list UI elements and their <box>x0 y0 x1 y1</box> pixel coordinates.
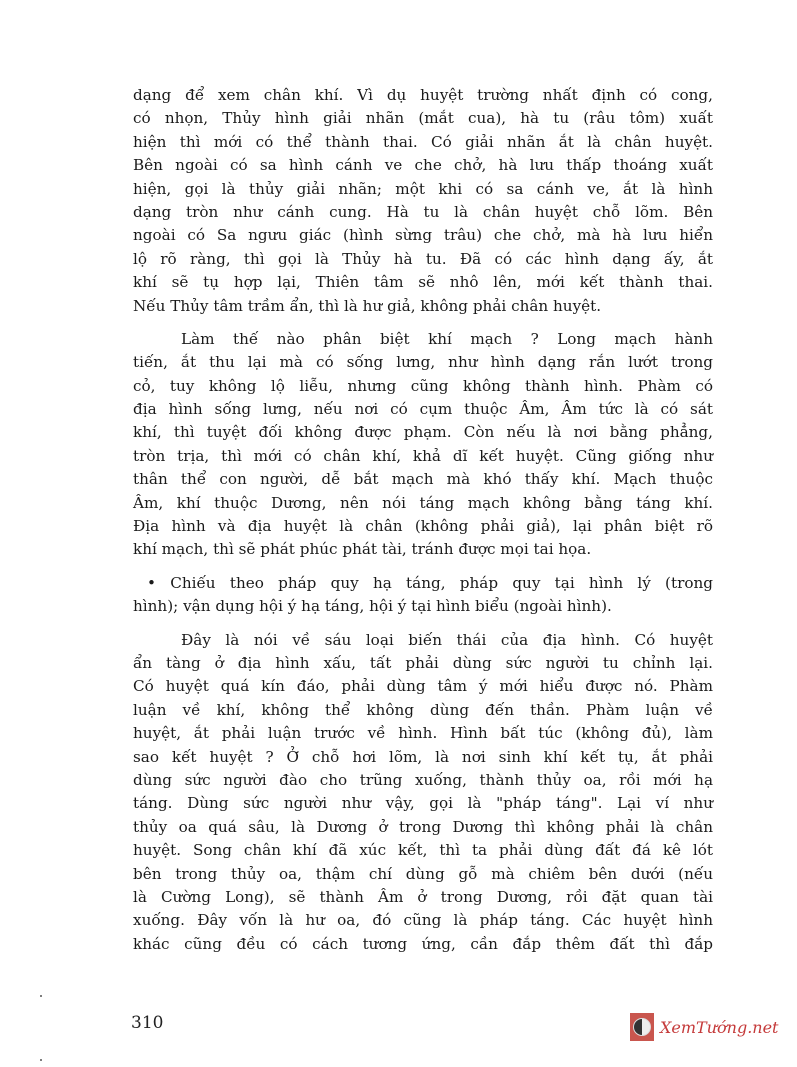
text-line: luận về khí, không thể không dùng đến th… <box>133 699 713 722</box>
text-line: dạng tròn như cánh cung. Hà tu là chân h… <box>133 201 713 224</box>
text-line: tiến, ắt thu lại mà có sống lưng, như hì… <box>133 351 713 374</box>
text-line: lộ rõ ràng, thì gọi là Thủy hà tu. Đã có… <box>133 248 713 271</box>
text-line: bên trong thủy oa, thậm chí dùng gỗ mà c… <box>133 863 713 886</box>
text-line: hiện, gọi là thủy giải nhãn; một khi có … <box>133 178 713 201</box>
paragraph-gap <box>133 318 713 328</box>
yin-yang-icon <box>630 1013 654 1041</box>
text-line: táng. Dùng sức người như vậy, gọi là "ph… <box>133 792 713 815</box>
text-line: tròn trịa, thì mới có chân khí, khả dĩ k… <box>133 445 713 468</box>
text-line: dạng để xem chân khí. Vì dụ huyệt trường… <box>133 84 713 107</box>
scan-speck <box>40 995 42 997</box>
text-line: ngoài có Sa ngưu giác (hình sừng trâu) c… <box>133 224 713 247</box>
paragraph-gap <box>133 562 713 572</box>
text-line: Bên ngoài có sa hình cánh ve che chở, hà… <box>133 154 713 177</box>
text-line: là Cường Long), sẽ thành Âm ở trong Dươn… <box>133 886 713 909</box>
text-line: Làm thế nào phân biệt khí mạch ? Long mạ… <box>133 328 713 351</box>
text-line: khác cũng đều có cách tương ứng, cần đắp… <box>133 933 713 956</box>
bullet-item: • Chiếu theo pháp quy hạ táng, pháp quy … <box>133 572 713 619</box>
text-line: khí, thì tuyệt đối không được phạm. Còn … <box>133 421 713 444</box>
page-number: 310 <box>131 1013 163 1033</box>
text-line: • Chiếu theo pháp quy hạ táng, pháp quy … <box>133 572 713 595</box>
text-line: Đây là nói về sáu loại biến thái của địa… <box>133 629 713 652</box>
text-line: cỏ, tuy không lộ liễu, nhưng cũng không … <box>133 375 713 398</box>
text-line: ẩn tàng ở địa hình xấu, tất phải dùng sứ… <box>133 652 713 675</box>
paragraph-continuation: dạng để xem chân khí. Vì dụ huyệt trường… <box>133 84 713 318</box>
text-line: Có huyệt quá kín đáo, phải dùng tâm ý mớ… <box>133 675 713 698</box>
text-line: xuống. Đây vốn là hư oa, đó cũng là pháp… <box>133 909 713 932</box>
text-line: sao kết huyệt ? Ở chỗ hơi lõm, là nơi si… <box>133 746 713 769</box>
text-line: hiện thì mới có thể thành thai. Có giải … <box>133 131 713 154</box>
text-line: Âm, khí thuộc Dương, nên nói táng mạch k… <box>133 492 713 515</box>
text-line: dùng sức người đào cho trũng xuống, thàn… <box>133 769 713 792</box>
text-line: huyệt, ắt phải luận trước về hình. Hình … <box>133 722 713 745</box>
text-line: thủy oa quá sâu, là Dương ở trong Dương … <box>133 816 713 839</box>
text-line: Địa hình và địa huyệt là chân (không phả… <box>133 515 713 538</box>
paragraph: Làm thế nào phân biệt khí mạch ? Long mạ… <box>133 328 713 562</box>
paragraph: Đây là nói về sáu loại biến thái của địa… <box>133 629 713 956</box>
watermark-logo: XemTướng.net <box>630 1013 778 1041</box>
text-line: địa hình sống lưng, nếu nơi có cụm thuộc… <box>133 398 713 421</box>
paragraph-gap <box>133 619 713 629</box>
watermark-text: XemTướng.net <box>660 1018 778 1037</box>
text-line: có nhọn, Thủy hình giải nhãn (mắt cua), … <box>133 107 713 130</box>
text-line: thân thể con người, dễ bắt mạch mà khó t… <box>133 468 713 491</box>
book-page-text: dạng để xem chân khí. Vì dụ huyệt trường… <box>133 84 713 956</box>
text-line: khí mạch, thì sẽ phát phúc phát tài, trá… <box>133 538 713 561</box>
text-line: khí sẽ tụ hợp lại, Thiên tâm sẽ nhô lên,… <box>133 271 713 294</box>
scan-speck <box>40 1059 42 1061</box>
text-line: huyệt. Song chân khí đã xúc kết, thì ta … <box>133 839 713 862</box>
text-line: Nếu Thủy tâm trầm ẩn, thì là hư giả, khô… <box>133 295 713 318</box>
text-line: hình); vận dụng hội ý hạ táng, hội ý tại… <box>133 595 713 618</box>
